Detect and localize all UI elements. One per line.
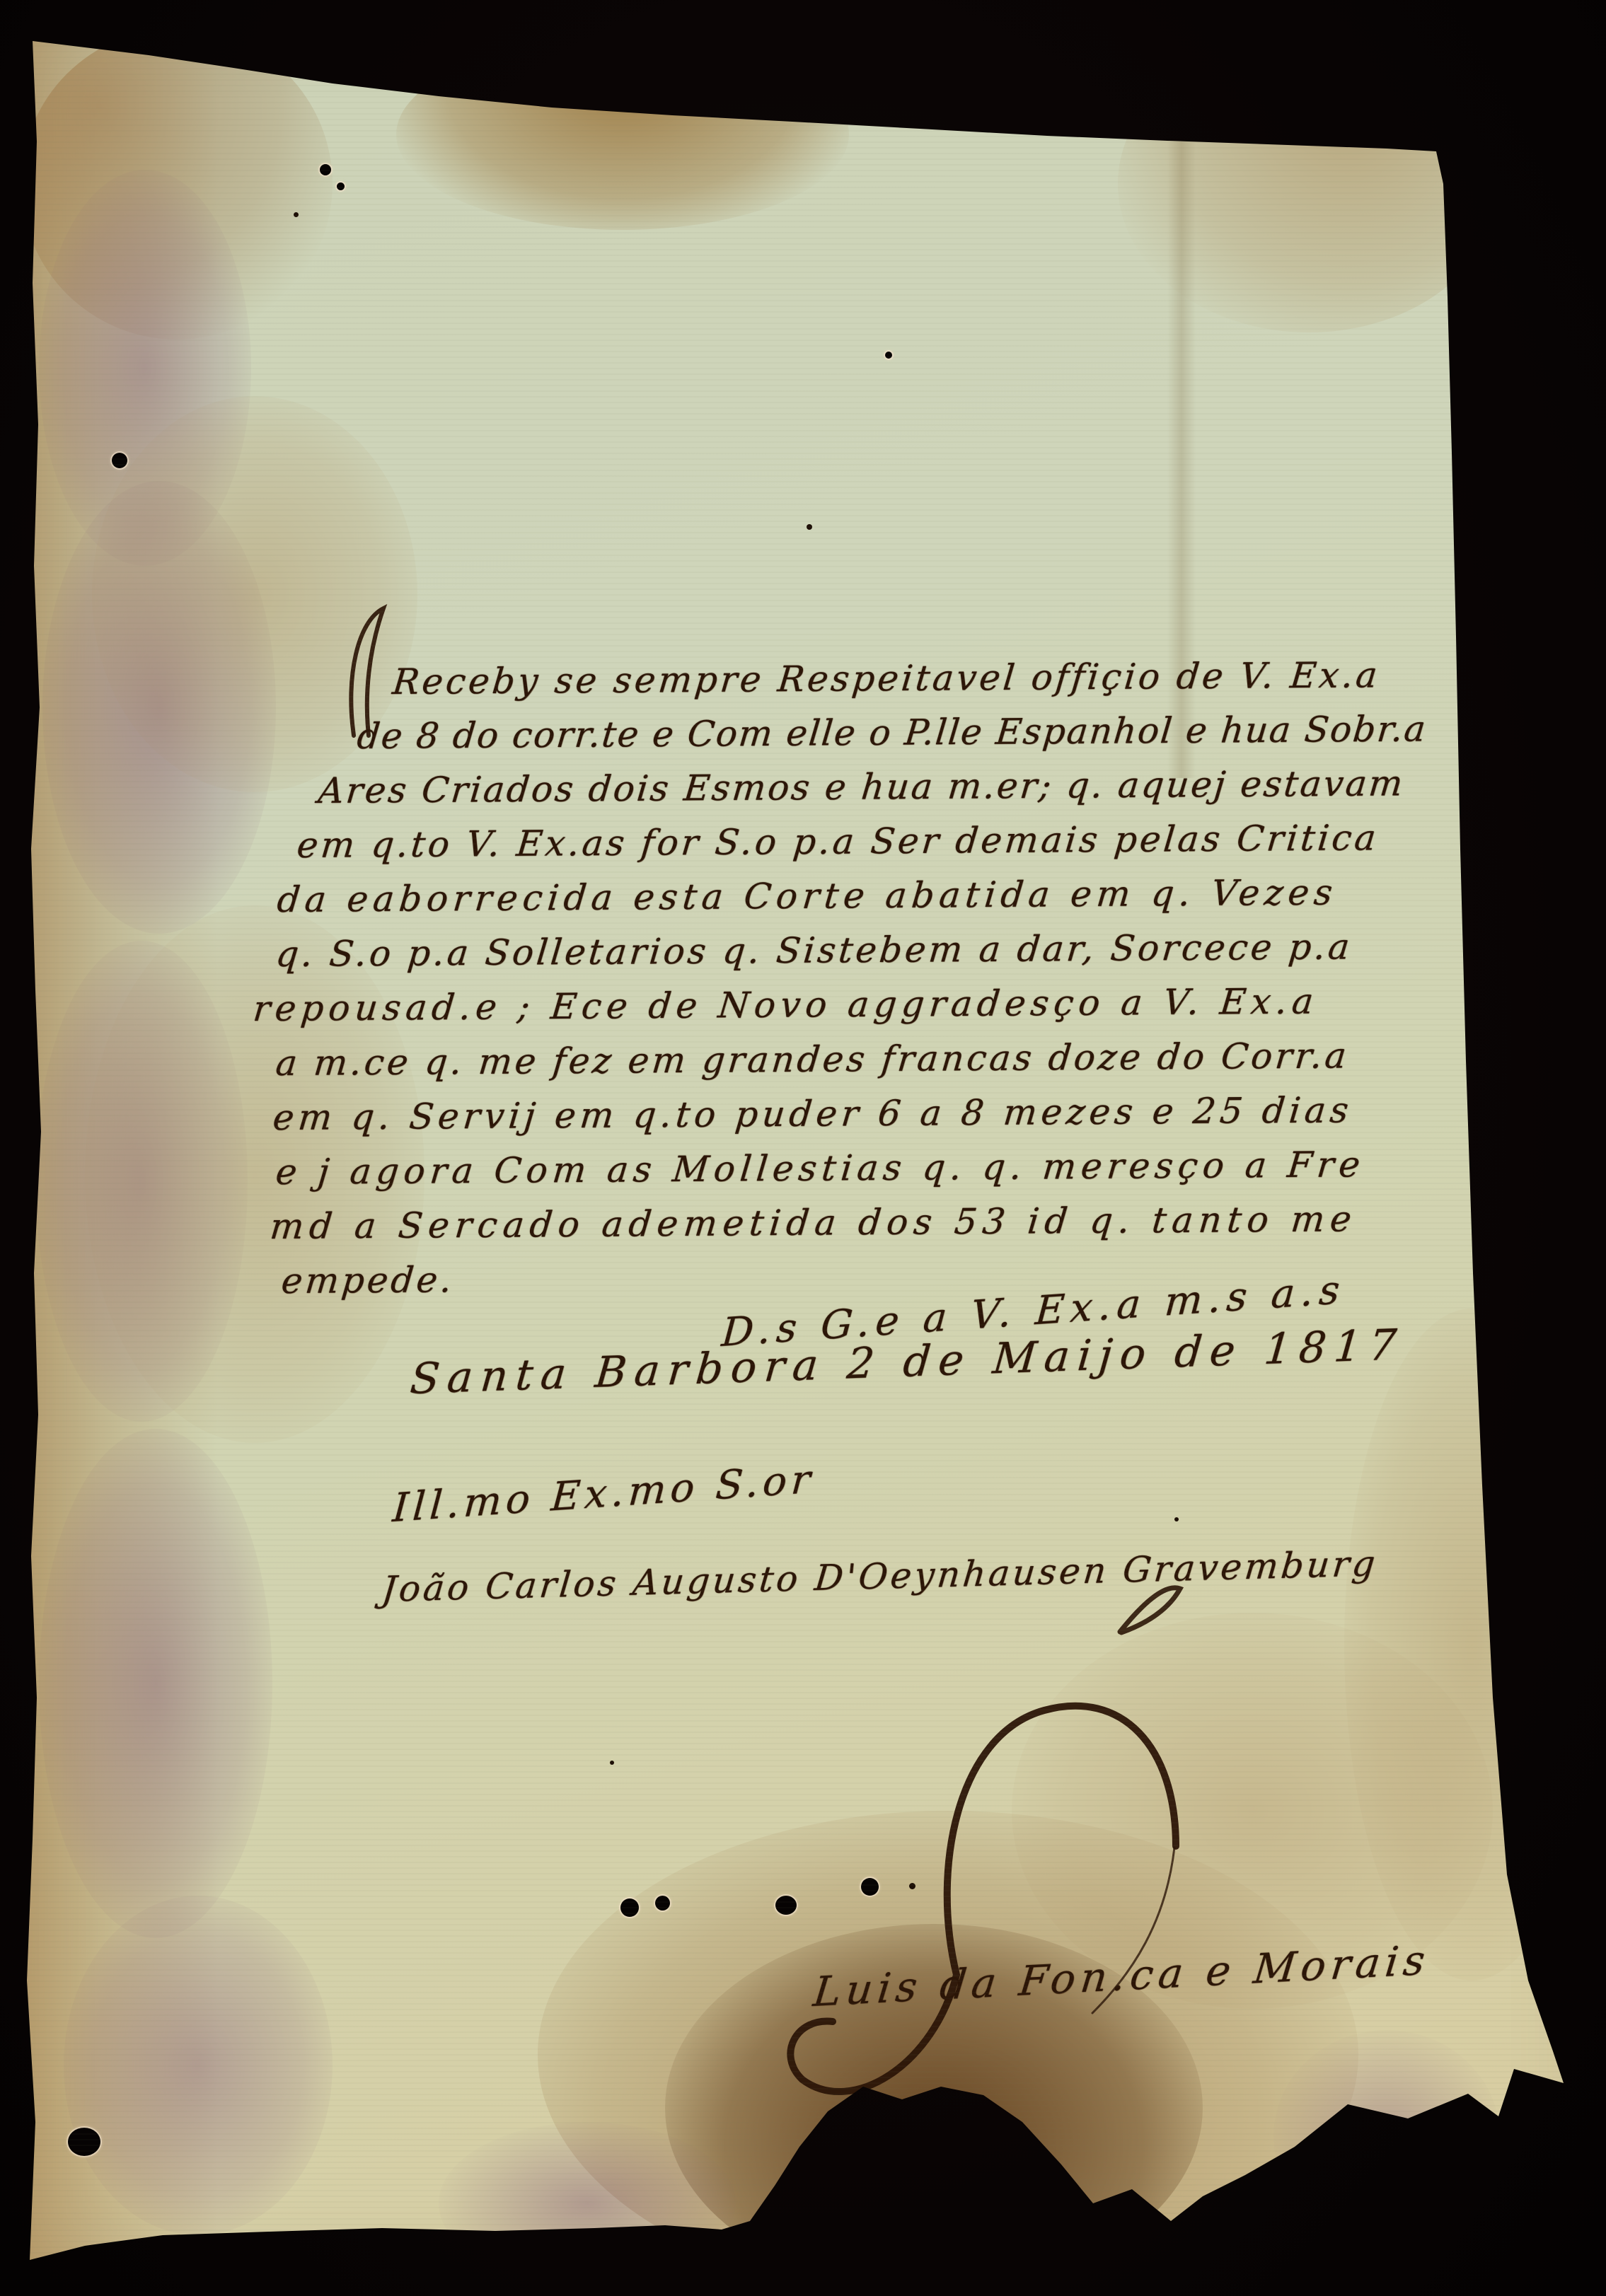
signature-flourish	[0, 0, 1606, 2296]
ink-speck	[1404, 115, 1409, 120]
document-paper: Ill.mo e Ex.mo S.or Receby se sempre Res…	[0, 0, 1606, 2296]
scanned-document: Ill.mo e Ex.mo S.or Receby se sempre Res…	[0, 0, 1606, 2296]
salutation-line: Ill.mo e Ex.mo S.or	[1053, 53, 1426, 126]
